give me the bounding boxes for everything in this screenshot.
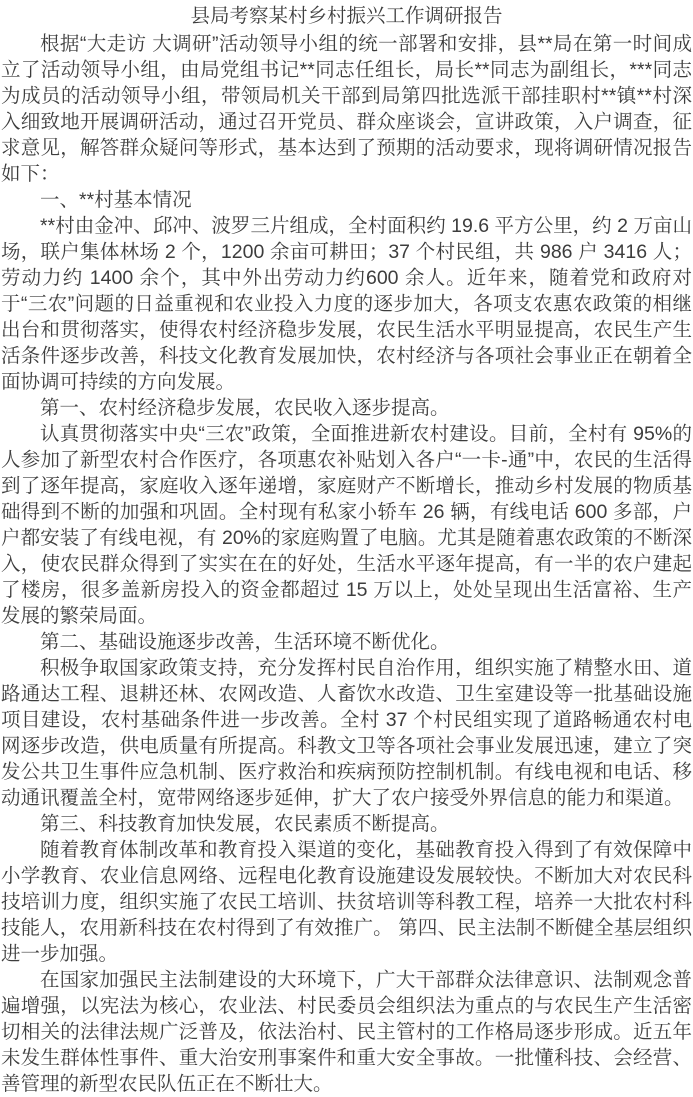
section-heading: 第二、基础设施逐步改善，生活环境不断优化。 (1, 629, 692, 655)
paragraph: 在国家加强民主法制建设的大环境下，广大干部群众法律意识、法制观念普遍增强，以宪法… (1, 967, 692, 1097)
paragraph: 随着教育体制改革和教育投入渠道的变化，基础教育投入得到了有效保障中小学教育、农业… (1, 837, 692, 967)
paragraph: **村由金冲、邱冲、波罗三片组成，全村面积约 19.6 平方公里，约 2 万亩山… (1, 213, 692, 395)
document-body: 根据“大走访 大调研”活动领导小组的统一部署和安排，县**局在第一时间成立了活动… (1, 31, 692, 1097)
paragraph: 积极争取国家政策支持，充分发挥村民自治作用，组织实施了精整水田、道路通达工程、退… (1, 655, 692, 811)
document-title: 县局考察某村乡村振兴工作调研报告 (1, 3, 692, 29)
section-heading: 第一、农村经济稳步发展，农民收入逐步提高。 (1, 395, 692, 421)
section-heading: 一、**村基本情况 (1, 187, 692, 213)
paragraph: 根据“大走访 大调研”活动领导小组的统一部署和安排，县**局在第一时间成立了活动… (1, 31, 692, 187)
paragraph: 认真贯彻落实中央“三农”政策，全面推进新农村建设。目前，全村有 95%的人参加了… (1, 421, 692, 629)
document-page: 县局考察某村乡村振兴工作调研报告 根据“大走访 大调研”活动领导小组的统一部署和… (0, 0, 693, 1097)
section-heading: 第三、科技教育加快发展，农民素质不断提高。 (1, 811, 692, 837)
